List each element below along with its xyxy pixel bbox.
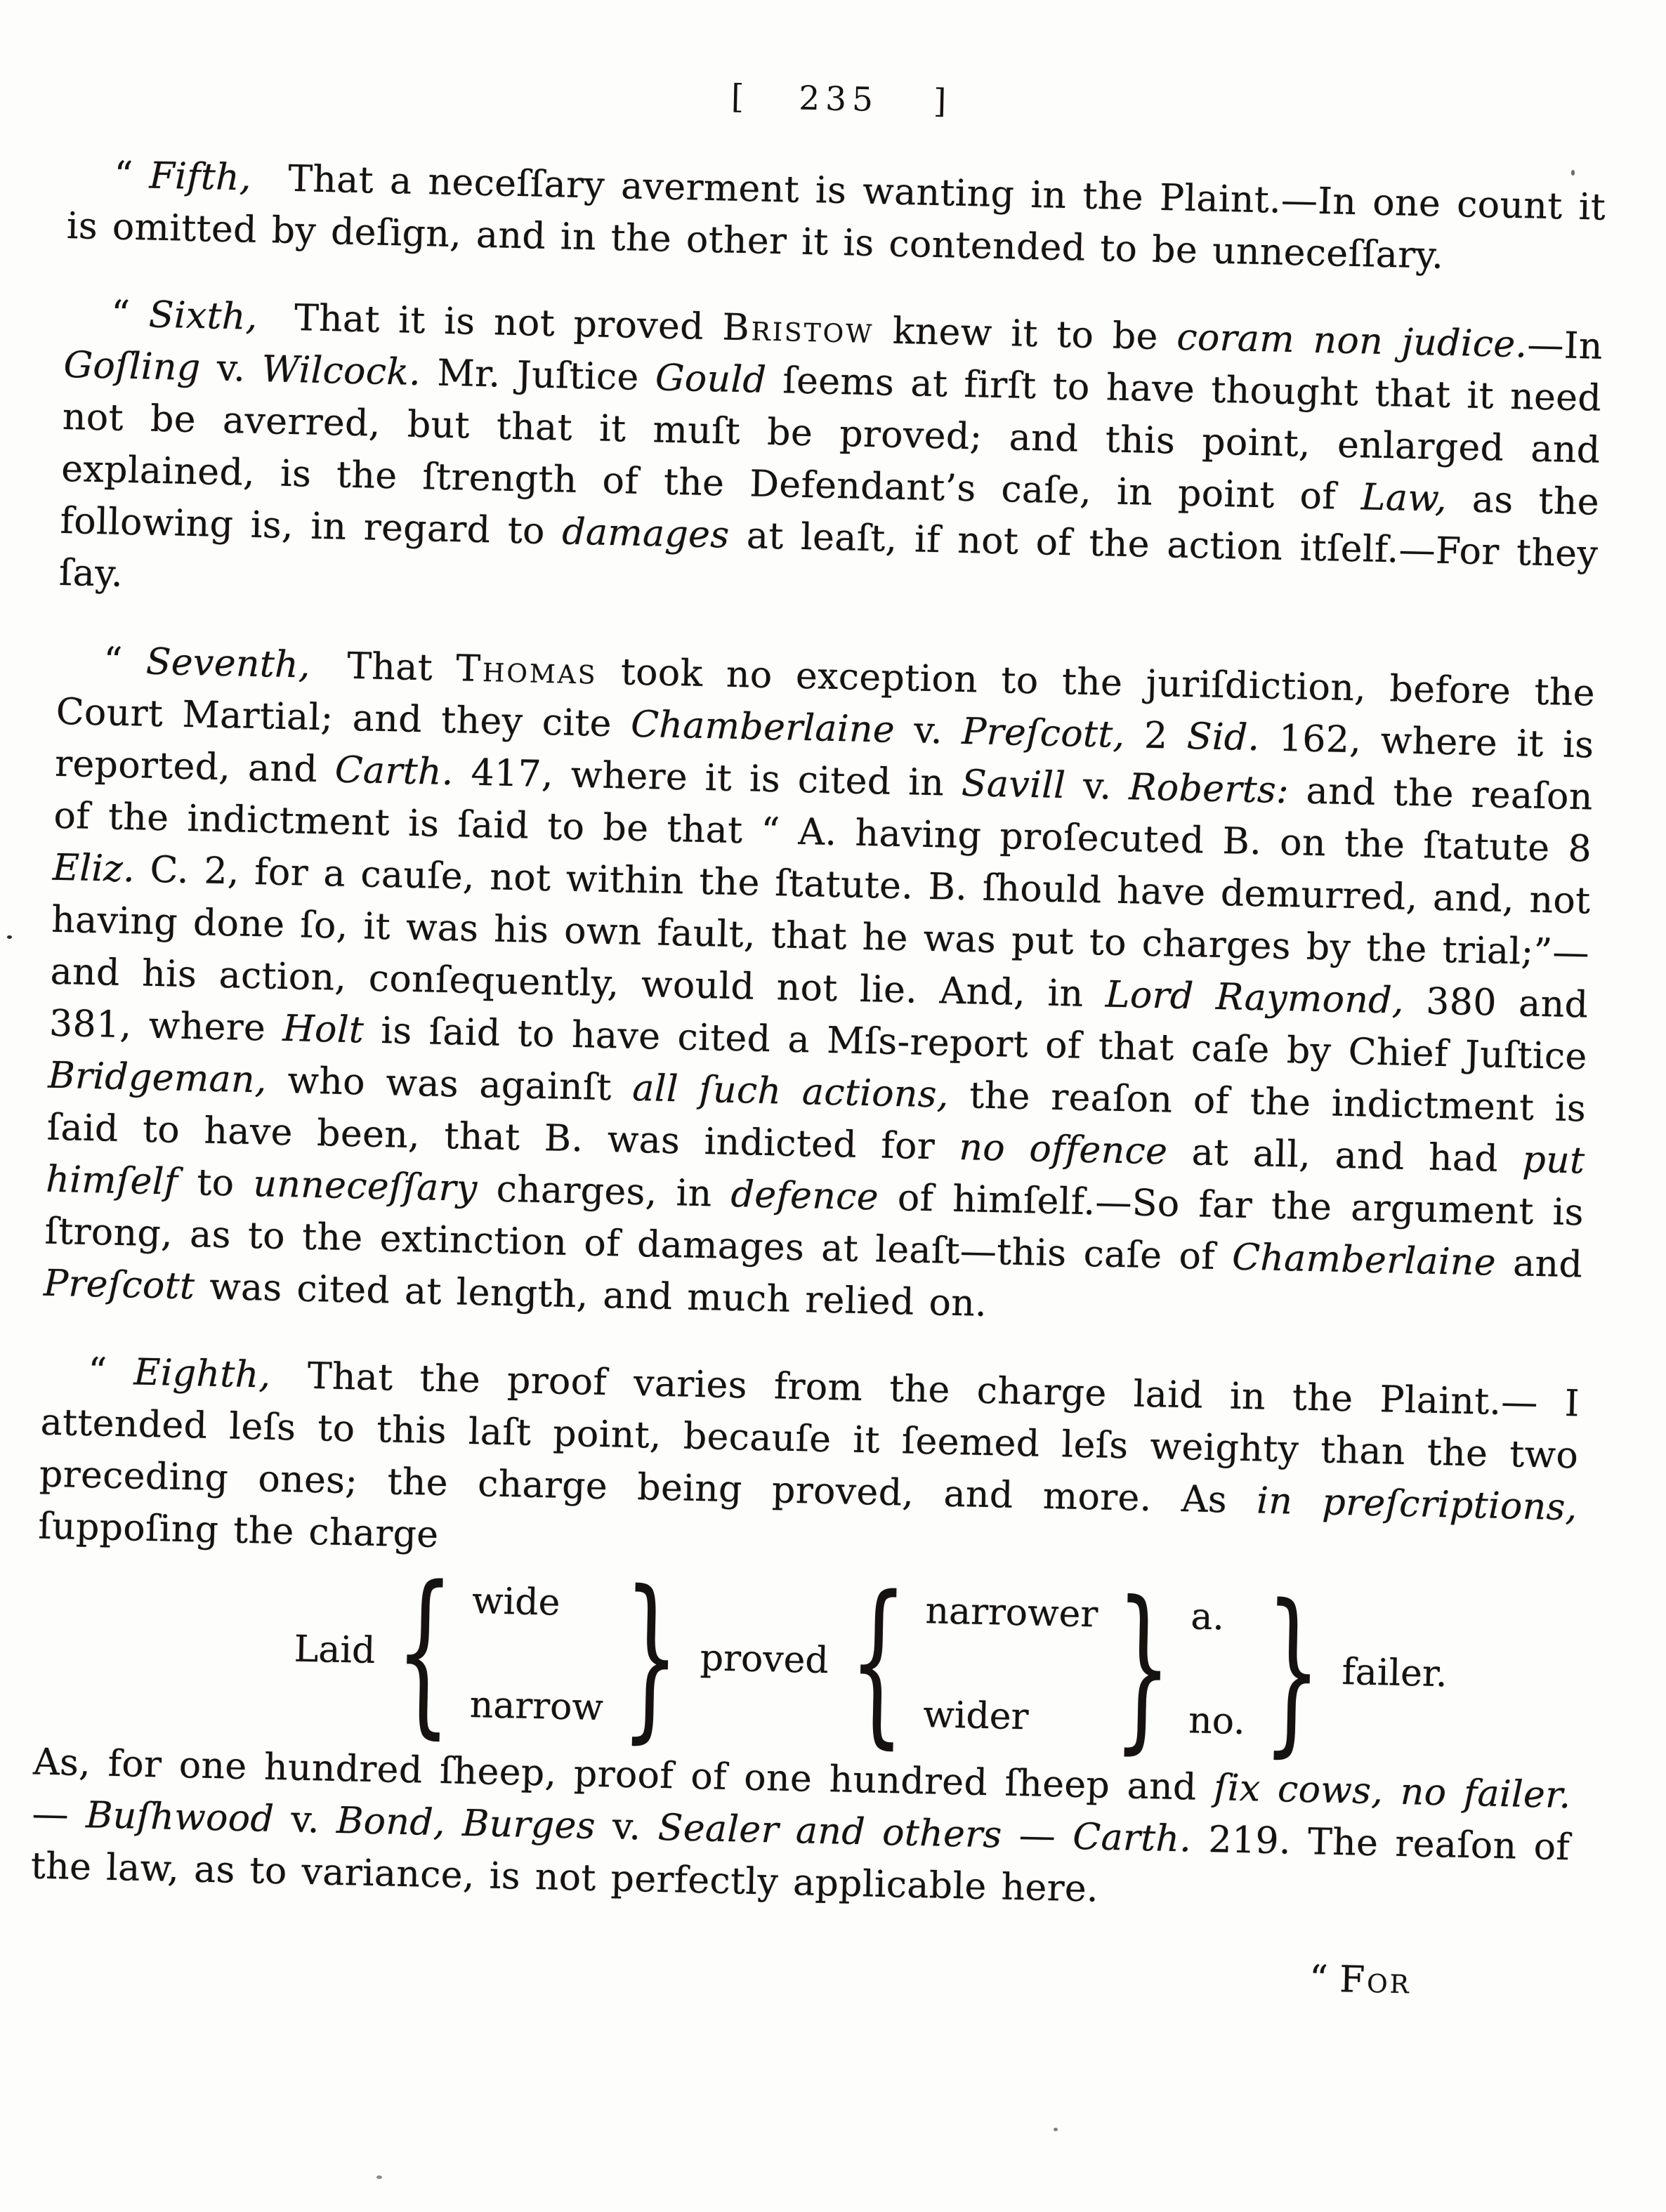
page-content: [ 235 ] “ Fifth, That a neceſſary averme… (29, 63, 1608, 2006)
text-segment: Goſling (63, 344, 201, 389)
catchword: “ For (29, 1930, 1568, 2006)
outcome-a: a. (1191, 1595, 1248, 1639)
text-segment: Holt (282, 1008, 365, 1052)
close-brace-icon: } (1263, 1582, 1323, 1760)
proved-option-narrower: narrower (925, 1590, 1098, 1635)
text-segment: no offence (959, 1126, 1168, 1173)
text-segment: who was againſt (266, 1059, 633, 1109)
text-segment: Seventh, (145, 641, 310, 687)
text-segment: “ (88, 1350, 134, 1393)
text-segment: knew it to be (874, 310, 1178, 358)
scan-speck (376, 2175, 382, 2179)
scan-speck (7, 935, 12, 939)
paragraph-eighth: “ Eighth, That the proof varies from the… (38, 1345, 1580, 1586)
text-segment: Gould (655, 357, 767, 401)
text-segment: — (1002, 1815, 1073, 1858)
text-segment: v. (894, 709, 962, 753)
text-segment: — (32, 1793, 86, 1836)
text-segment: no failer. (1400, 1771, 1571, 1817)
scan-speck (1571, 170, 1575, 176)
text-segment: Preſcott (43, 1263, 195, 1308)
paragraph-sixth: “ Sixth, That it is not proved Bristow k… (58, 287, 1603, 633)
close-brace-icon: } (621, 1568, 681, 1746)
text-segment: Carth. (1073, 1816, 1192, 1861)
open-brace-icon: { (848, 1573, 908, 1751)
text-segment: Roberts: (1129, 766, 1290, 812)
paragraph-seventh: “ Seventh, That Thomas took no exception… (43, 634, 1595, 1343)
text-segment: Lord Raymond, (1105, 973, 1404, 1022)
laid-option-wide: wide (472, 1580, 606, 1625)
text-segment: Savill (961, 763, 1066, 807)
text-segment: Law, (1360, 476, 1447, 520)
scanned-book-page: [ 235 ] “ Fifth, That a neceſſary averme… (0, 0, 1666, 2212)
text-segment: Buſhwood (86, 1794, 275, 1841)
text-segment: That a neceſſary averment is wanting in … (66, 157, 1606, 277)
text-segment: v. (274, 1798, 337, 1842)
text-segment: Eighth, (133, 1351, 271, 1396)
text-segment: 2 (1124, 714, 1188, 758)
text-segment: Chamberlaine (1232, 1236, 1497, 1284)
proved-option-wider: wider (923, 1694, 1096, 1739)
text-segment: Carth. (334, 749, 454, 794)
proved-label: proved (694, 1637, 834, 1682)
text-segment: Mr. Juſtice (421, 352, 656, 399)
paragraph-fifth: “ Fifth, That a neceſſary averment is wa… (66, 148, 1606, 286)
header-close-bracket: ] (933, 82, 947, 121)
laid-option-narrow: narrow (469, 1684, 603, 1729)
text-segment: defence (730, 1173, 879, 1219)
text-segment: Fifth, (149, 155, 252, 199)
text-segment: unneceſſary (253, 1163, 478, 1210)
text-segment: “ (1308, 1958, 1339, 2001)
text-segment: “ (103, 640, 147, 683)
text-segment: Sid. (1186, 716, 1260, 759)
header-open-bracket: [ (730, 78, 745, 117)
paragraph-sheep-example: As, for one hundred ſheep, proof of one … (30, 1736, 1571, 1925)
text-segment: in preſcriptions, (1257, 1480, 1578, 1529)
text-segment: ſuppoſing the charge (38, 1506, 439, 1556)
failer-label: failer. (1336, 1651, 1453, 1696)
text-segment: Thomas (456, 647, 598, 692)
outcome-options: a. no. (1186, 1591, 1251, 1747)
text-segment: was cited at length, and much relied on. (195, 1265, 988, 1325)
text-segment: Chamberlaine (631, 704, 896, 751)
proved-options: narrower wider (920, 1586, 1101, 1744)
text-segment: For (1339, 1958, 1412, 2002)
text-segment: That (310, 645, 457, 690)
text-segment: That it is not proved (257, 296, 723, 348)
variance-brace-diagram: Laid { wide narrow } proved { narrower w… (34, 1555, 1575, 1765)
text-segment: Wilcock. (261, 348, 421, 394)
text-segment: and (1495, 1242, 1582, 1286)
laid-options: wide narrow (466, 1576, 609, 1733)
page-header: [ 235 ] (70, 63, 1608, 136)
scan-speck (1054, 2128, 1058, 2131)
text-segment: to (178, 1161, 254, 1205)
text-segment: Sixth, (148, 294, 258, 338)
text-segment: at all, and had (1167, 1131, 1523, 1180)
text-segment: 417, where it is cited in (453, 751, 962, 805)
text-segment: Preſcott, (962, 711, 1125, 756)
text-segment: damages (562, 511, 730, 556)
text-segment: v. (1065, 765, 1129, 808)
text-segment: v. (200, 347, 262, 390)
text-segment: Eliz. (52, 847, 135, 891)
text-segment: charges, in (477, 1168, 731, 1216)
open-brace-icon: { (395, 1563, 455, 1742)
text-segment: Bristow (722, 306, 874, 352)
text-segment: Bond, Burges (336, 1800, 596, 1848)
text-segment (1383, 1770, 1401, 1813)
close-brace-icon: } (1113, 1579, 1174, 1757)
text-segment: “ (114, 154, 150, 197)
outcome-no: no. (1188, 1699, 1246, 1743)
text-segment: Sealer and others (657, 1807, 1002, 1857)
text-segment: Bridgeman, (48, 1055, 268, 1102)
text-segment: v. (595, 1805, 658, 1849)
text-segment: ſix cows, (1214, 1767, 1384, 1812)
text-segment: —In (1527, 324, 1603, 367)
laid-label: Laid (288, 1628, 381, 1672)
page-number: 235 (799, 79, 879, 119)
text-segment: all ſuch actions, (632, 1067, 950, 1117)
text-segment: coram non judice. (1176, 316, 1528, 366)
text-segment: “ (111, 293, 150, 336)
